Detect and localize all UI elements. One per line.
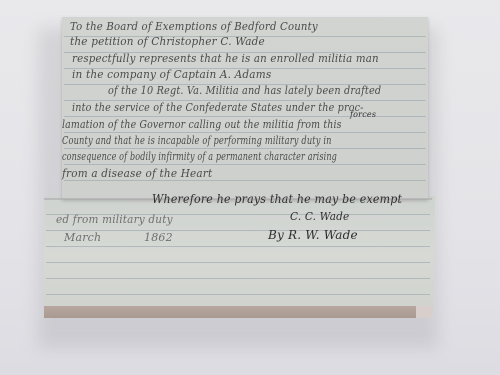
handwritten-date-year: 1862 bbox=[144, 231, 173, 244]
handwritten-signature-name: C. C. Wade bbox=[290, 210, 349, 223]
ruled-line bbox=[64, 180, 426, 181]
ruled-line bbox=[46, 278, 430, 279]
ruled-line bbox=[64, 164, 426, 165]
ruled-line bbox=[46, 246, 430, 247]
handwritten-line-9: consequence of bodily infirmity of a per… bbox=[62, 150, 337, 163]
handwritten-line-4: in the company of Captain A. Adams bbox=[72, 68, 271, 81]
ruled-line bbox=[46, 262, 430, 263]
handwritten-insertion: forces bbox=[350, 110, 376, 119]
handwritten-line-10: from a disease of the Heart bbox=[62, 167, 212, 180]
handwritten-date-month: March bbox=[64, 231, 101, 244]
handwritten-line-3: respectfully represents that he is an en… bbox=[72, 52, 379, 65]
handwritten-prayer: Wherefore he prays that he may be exempt bbox=[152, 192, 402, 206]
document-bottom-edge-corner bbox=[416, 306, 432, 318]
handwritten-line-7: lamation of the Governor calling out the… bbox=[62, 118, 342, 131]
ruled-line bbox=[46, 294, 430, 295]
ruled-line bbox=[64, 132, 426, 133]
handwritten-line-5: of the 10 Regt. Va. Militia and has late… bbox=[108, 84, 381, 97]
handwritten-line-8: County and that he is incapable of perfo… bbox=[62, 134, 332, 147]
ruled-line bbox=[46, 230, 430, 231]
handwritten-line-6: into the service of the Confederate Stat… bbox=[72, 101, 364, 114]
document-bottom-edge bbox=[44, 306, 416, 318]
handwritten-line-1: To the Board of Exemptions of Bedford Co… bbox=[70, 20, 318, 33]
handwritten-exempt-continuation: ed from military duty bbox=[56, 213, 173, 226]
handwritten-signature-by: By R. W. Wade bbox=[268, 228, 358, 242]
handwritten-line-2: the petition of Christopher C. Wade bbox=[70, 35, 265, 48]
ruled-line bbox=[64, 148, 426, 149]
